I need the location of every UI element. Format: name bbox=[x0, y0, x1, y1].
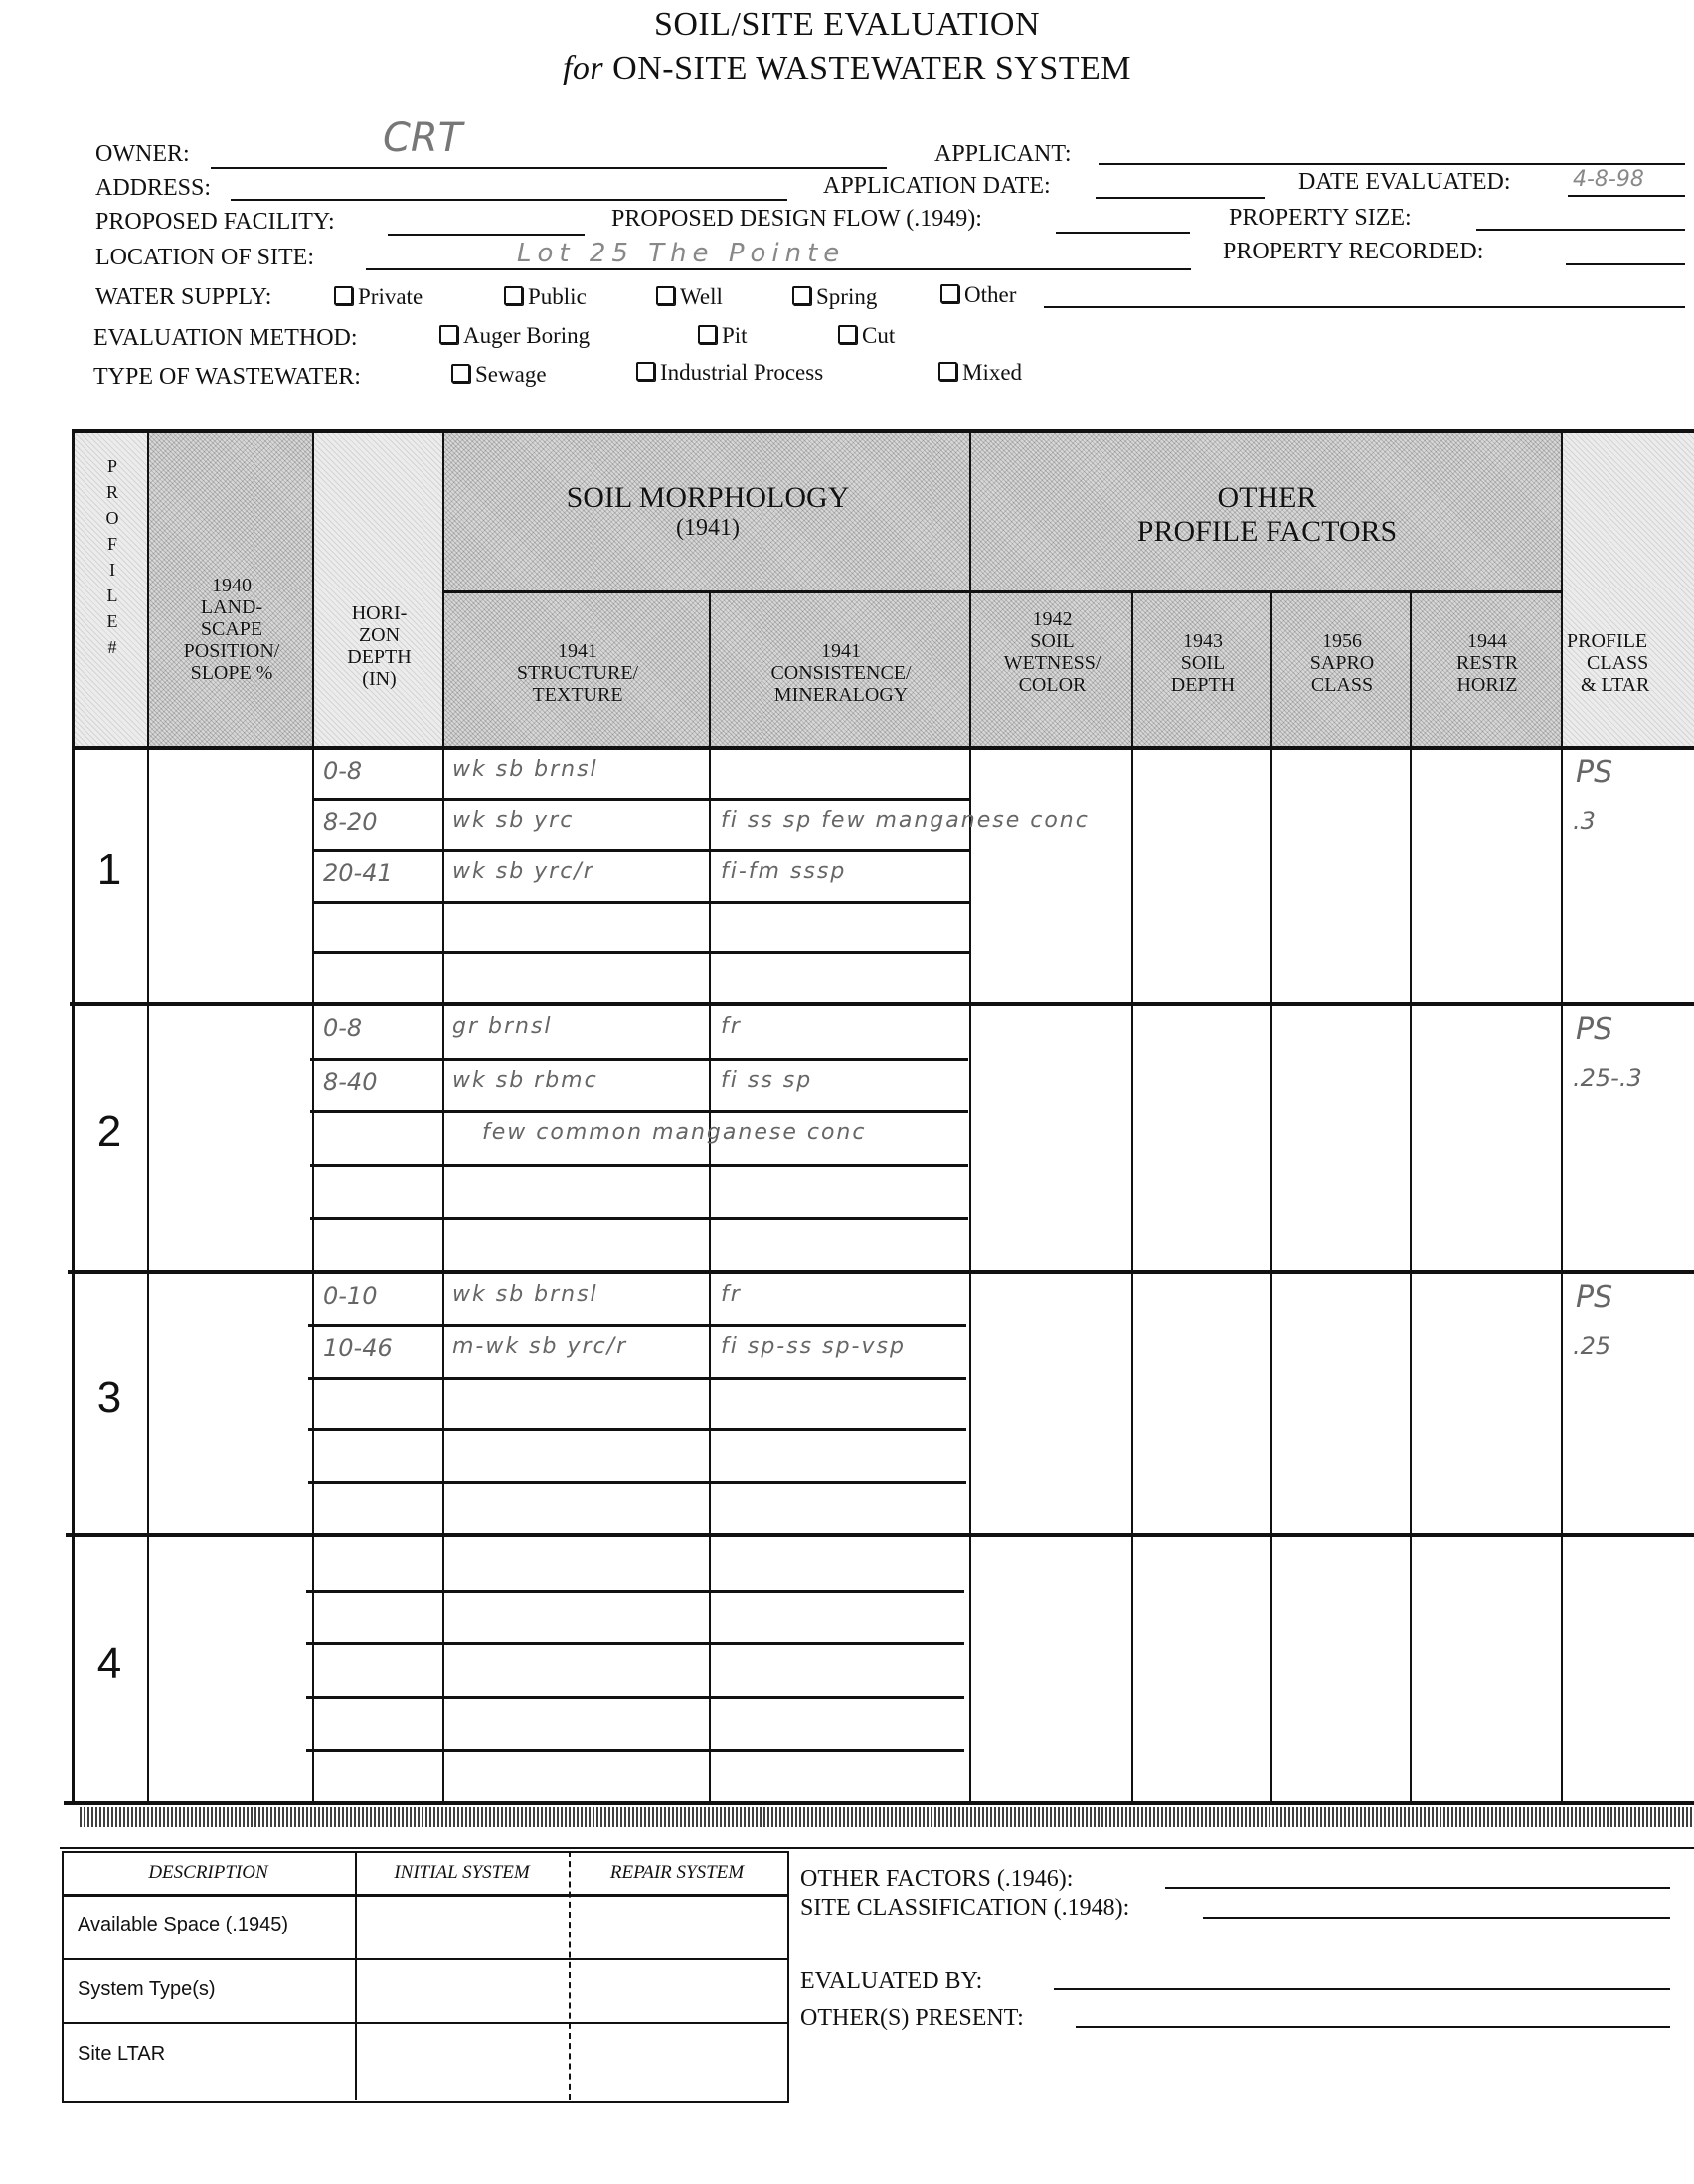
form-title: SOIL/SITE EVALUATION bbox=[0, 6, 1694, 44]
checkbox-icon[interactable] bbox=[940, 284, 959, 303]
option-label: Cut bbox=[862, 323, 895, 348]
landscape-position-cell[interactable] bbox=[149, 1004, 312, 1270]
evaluated-by-label: EVALUATED BY: bbox=[800, 1968, 982, 1995]
consistence-mineralogy-value[interactable]: fi sp-ss sp-vsp bbox=[721, 1334, 906, 1359]
horizon-row-divider bbox=[310, 1058, 968, 1061]
profile-number: 2 bbox=[89, 1107, 129, 1157]
col-divider bbox=[709, 590, 711, 1805]
applicant-label: APPLICANT: bbox=[934, 141, 1071, 168]
soil-wetness-cell[interactable] bbox=[971, 748, 1131, 1002]
horizon-depth-value[interactable]: 0-10 bbox=[323, 1282, 377, 1310]
owner-value[interactable]: CRT bbox=[383, 115, 462, 161]
horizon-row-divider bbox=[306, 1590, 964, 1593]
soil-wetness-cell[interactable] bbox=[971, 1004, 1131, 1270]
table-left-border bbox=[72, 429, 75, 1805]
eval-auger-boring[interactable]: Auger Boring bbox=[439, 323, 590, 349]
property-size-label: PROPERTY SIZE: bbox=[1229, 205, 1412, 232]
system-types-initial-cell[interactable] bbox=[358, 1961, 567, 2021]
header-restrictive-horizon: 1944RESTRHORIZ bbox=[1412, 630, 1563, 696]
sapro-class-cell[interactable] bbox=[1272, 1272, 1410, 1533]
horizon-row-divider bbox=[310, 1164, 968, 1167]
header-profile-vertical: PROFILE# bbox=[97, 453, 127, 660]
profile-class-value[interactable]: PS bbox=[1576, 1280, 1612, 1315]
horizon-depth-value[interactable]: 0-8 bbox=[323, 1014, 362, 1042]
structure-texture-value[interactable]: wk sb yrc bbox=[452, 808, 574, 833]
header-soil-morphology: SOIL MORPHOLOGY(1941) bbox=[444, 481, 971, 541]
col-divider bbox=[1561, 429, 1563, 1805]
ltar-value[interactable]: .3 bbox=[1573, 807, 1596, 835]
others-present-field[interactable] bbox=[1076, 2026, 1670, 2028]
system-table-row-divider bbox=[62, 1958, 787, 1960]
proposed-facility-label: PROPOSED FACILITY: bbox=[95, 209, 335, 236]
option-label: Private bbox=[358, 284, 423, 309]
system-table-col-divider bbox=[569, 1851, 571, 2100]
ltar-value[interactable]: .25-.3 bbox=[1573, 1064, 1642, 1092]
sapro-class-cell[interactable] bbox=[1272, 748, 1410, 1002]
sapro-class-cell[interactable] bbox=[1272, 1004, 1410, 1270]
structure-texture-value[interactable]: wk sb brnsl bbox=[452, 757, 598, 782]
header-consistence-mineralogy: 1941CONSISTENCE/MINERALOGY bbox=[711, 640, 971, 706]
horizon-row-divider bbox=[312, 901, 970, 904]
col-divider bbox=[312, 429, 314, 1805]
option-label: Well bbox=[680, 284, 723, 309]
system-types-repair-cell[interactable] bbox=[572, 1961, 783, 2021]
checkbox-icon[interactable] bbox=[698, 325, 717, 344]
location-label: LOCATION OF SITE: bbox=[95, 245, 314, 271]
horizon-depth-value[interactable]: 0-8 bbox=[323, 757, 362, 785]
water-supply-well[interactable]: Well bbox=[656, 284, 723, 310]
profile-number: 4 bbox=[89, 1639, 129, 1689]
table-top-border bbox=[74, 429, 1694, 433]
option-label: Sewage bbox=[475, 362, 547, 387]
address-label: ADDRESS: bbox=[95, 175, 211, 202]
property-recorded-label: PROPERTY RECORDED: bbox=[1223, 239, 1483, 265]
evaluated-by-field[interactable] bbox=[1054, 1988, 1670, 1990]
option-label: Spring bbox=[816, 284, 877, 309]
sapro-class-cell[interactable] bbox=[1272, 1537, 1410, 1801]
ltar-value[interactable]: .25 bbox=[1573, 1332, 1610, 1360]
horizon-row-divider bbox=[310, 1110, 968, 1113]
structure-texture-value[interactable]: gr brnsl bbox=[452, 1014, 553, 1039]
header-divider bbox=[444, 590, 1563, 593]
consistence-mineralogy-value[interactable]: fr bbox=[721, 1014, 742, 1039]
horizon-depth-value[interactable]: 8-20 bbox=[323, 808, 377, 836]
soil-depth-cell[interactable] bbox=[1133, 1537, 1270, 1801]
application-date-field[interactable] bbox=[1096, 197, 1265, 199]
horizon-row-divider bbox=[308, 1377, 966, 1380]
system-table-col-divider bbox=[355, 1851, 357, 2100]
water-supply-other[interactable]: Other bbox=[940, 282, 1016, 308]
horizon-row-divider bbox=[312, 798, 970, 801]
structure-texture-value[interactable]: few common manganese conc bbox=[482, 1120, 866, 1145]
restrictive-horizon-cell[interactable] bbox=[1412, 748, 1561, 1002]
header-landscape: 1940LAND-SCAPEPOSITION/SLOPE % bbox=[149, 575, 314, 684]
option-label: Public bbox=[528, 284, 587, 309]
applicant-field[interactable] bbox=[1099, 163, 1685, 165]
property-recorded-field[interactable] bbox=[1566, 263, 1685, 265]
profile-4-bottom bbox=[64, 1801, 1694, 1805]
water-supply-public[interactable]: Public bbox=[504, 284, 587, 310]
available-space-initial-cell[interactable] bbox=[358, 1897, 567, 1956]
date-evaluated-value[interactable]: 4-8-98 bbox=[1573, 167, 1644, 192]
horizon-depth-value[interactable]: 10-46 bbox=[323, 1334, 393, 1362]
checkbox-icon[interactable] bbox=[838, 325, 857, 344]
checkbox-icon[interactable] bbox=[451, 364, 470, 383]
header-soil-wetness: 1942SOILWETNESS/COLOR bbox=[971, 608, 1133, 696]
horizon-row-divider bbox=[312, 951, 970, 954]
system-row-system-types: System Type(s) bbox=[78, 1978, 216, 2001]
restrictive-horizon-cell[interactable] bbox=[1412, 1004, 1561, 1270]
system-header-initial: INITIAL SYSTEM bbox=[355, 1862, 569, 1884]
wastewater-industrial[interactable]: Industrial Process bbox=[636, 360, 823, 386]
horizon-row-divider bbox=[308, 1324, 966, 1327]
design-flow-field[interactable] bbox=[1056, 232, 1190, 234]
header-other-profile-factors: OTHERPROFILE FACTORS bbox=[971, 481, 1563, 549]
available-space-repair-cell[interactable] bbox=[572, 1897, 783, 1956]
option-label: Other bbox=[964, 282, 1016, 307]
profile-class-value[interactable]: PS bbox=[1576, 756, 1612, 790]
location-field-line[interactable] bbox=[366, 268, 1191, 270]
header-soil-depth: 1943SOILDEPTH bbox=[1133, 630, 1272, 696]
consistence-mineralogy-value[interactable]: fr bbox=[721, 1282, 742, 1307]
option-label: Pit bbox=[722, 323, 748, 348]
water-supply-private[interactable]: Private bbox=[334, 284, 423, 310]
eval-cut[interactable]: Cut bbox=[838, 323, 895, 349]
soil-depth-cell[interactable] bbox=[1133, 1004, 1270, 1270]
wastewater-type-label: TYPE OF WASTEWATER: bbox=[93, 364, 361, 391]
other-factors-label: OTHER FACTORS (.1946): bbox=[800, 1866, 1073, 1893]
form-subtitle-text: ON-SITE WASTEWATER SYSTEM bbox=[612, 50, 1131, 86]
water-supply-other-field[interactable] bbox=[1044, 306, 1685, 308]
site-ltar-repair-cell[interactable] bbox=[572, 2025, 783, 2097]
horizon-row-divider bbox=[312, 849, 970, 852]
date-evaluated-field-line[interactable] bbox=[1568, 195, 1685, 197]
structure-texture-value[interactable]: wk sb rbmc bbox=[452, 1068, 598, 1092]
landscape-position-cell[interactable] bbox=[149, 1537, 312, 1801]
wastewater-sewage[interactable]: Sewage bbox=[451, 362, 547, 388]
wastewater-mixed[interactable]: Mixed bbox=[938, 360, 1022, 386]
others-present-label: OTHER(S) PRESENT: bbox=[800, 2005, 1024, 2032]
option-label: Industrial Process bbox=[660, 360, 823, 385]
header-profile-class-cell bbox=[1563, 433, 1694, 748]
horizon-depth-value[interactable]: 8-40 bbox=[323, 1068, 377, 1095]
system-header-description: DESCRIPTION bbox=[62, 1862, 355, 1884]
profile-class-value[interactable]: PS bbox=[1576, 1012, 1612, 1047]
system-row-site-ltar: Site LTAR bbox=[78, 2043, 165, 2066]
option-label: Auger Boring bbox=[463, 323, 590, 348]
checkbox-icon[interactable] bbox=[439, 325, 458, 344]
soil-depth-cell[interactable] bbox=[1133, 748, 1270, 1002]
checkbox-icon[interactable] bbox=[504, 286, 523, 305]
owner-label: OWNER: bbox=[95, 141, 190, 168]
evaluation-method-label: EVALUATION METHOD: bbox=[93, 325, 358, 352]
horizon-row-divider bbox=[306, 1749, 964, 1752]
owner-field-line[interactable] bbox=[211, 167, 887, 169]
address-field[interactable] bbox=[231, 199, 787, 201]
checkbox-icon[interactable] bbox=[334, 286, 353, 305]
horizon-row-divider bbox=[308, 1428, 966, 1431]
structure-texture-value[interactable]: m-wk sb yrc/r bbox=[452, 1334, 627, 1359]
system-table-row-divider bbox=[62, 2022, 787, 2024]
header-depth-cell bbox=[314, 433, 444, 748]
structure-texture-value[interactable]: wk sb yrc/r bbox=[452, 859, 594, 884]
option-label: Mixed bbox=[962, 360, 1022, 385]
site-classification-field[interactable] bbox=[1203, 1917, 1670, 1919]
form-subtitle-prefix: for bbox=[563, 50, 603, 86]
landscape-position-cell[interactable] bbox=[149, 748, 312, 1002]
horizon-row-divider bbox=[306, 1696, 964, 1699]
separator-line bbox=[60, 1847, 1694, 1849]
horizon-row-divider bbox=[308, 1481, 966, 1484]
checkbox-icon[interactable] bbox=[792, 286, 811, 305]
system-header-repair: REPAIR SYSTEM bbox=[569, 1862, 785, 1884]
location-value[interactable]: Lot 25 The Pointe bbox=[517, 239, 845, 268]
col-divider bbox=[442, 429, 444, 1805]
horizon-row-divider bbox=[306, 1642, 964, 1645]
water-supply-label: WATER SUPPLY: bbox=[95, 284, 271, 311]
checkbox-icon[interactable] bbox=[656, 286, 675, 305]
restrictive-horizon-cell[interactable] bbox=[1412, 1537, 1561, 1801]
profile-number: 3 bbox=[89, 1373, 129, 1423]
consistence-mineralogy-value[interactable]: fi-fm sssp bbox=[721, 859, 846, 884]
date-evaluated-label: DATE EVALUATED: bbox=[1298, 169, 1511, 196]
consistence-mineralogy-value[interactable]: fi ss sp bbox=[721, 1068, 812, 1092]
property-size-field[interactable] bbox=[1476, 229, 1685, 231]
site-classification-label: SITE CLASSIFICATION (.1948): bbox=[800, 1895, 1129, 1922]
other-factors-field[interactable] bbox=[1165, 1887, 1670, 1889]
soil-wetness-cell[interactable] bbox=[971, 1537, 1131, 1801]
design-flow-label: PROPOSED DESIGN FLOW (.1949): bbox=[611, 206, 982, 233]
eval-pit[interactable]: Pit bbox=[698, 323, 748, 349]
restrictive-horizon-cell[interactable] bbox=[1412, 1272, 1561, 1533]
profile-number: 1 bbox=[89, 845, 129, 895]
water-supply-spring[interactable]: Spring bbox=[792, 284, 877, 310]
form-subtitle: for ON-SITE WASTEWATER SYSTEM bbox=[0, 50, 1694, 87]
header-sapro-class: 1956SAPROCLASS bbox=[1272, 630, 1412, 696]
checkbox-icon[interactable] bbox=[636, 362, 655, 381]
horizon-depth-value[interactable]: 20-41 bbox=[323, 859, 393, 887]
scan-noise-band bbox=[80, 1807, 1694, 1827]
header-horizon-depth: HORI-ZONDEPTH(IN) bbox=[314, 602, 444, 690]
header-structure-texture: 1941STRUCTURE/TEXTURE bbox=[444, 640, 711, 706]
checkbox-icon[interactable] bbox=[938, 362, 957, 381]
system-row-available-space: Available Space (.1945) bbox=[78, 1914, 288, 1936]
landscape-position-cell[interactable] bbox=[149, 1272, 312, 1533]
structure-texture-value[interactable]: wk sb brnsl bbox=[452, 1282, 598, 1307]
application-date-label: APPLICATION DATE: bbox=[823, 173, 1051, 200]
proposed-facility-field[interactable] bbox=[388, 234, 585, 236]
header-profile-class-ltar: PROFILECLASS& LTAR bbox=[1567, 630, 1694, 696]
horizon-row-divider bbox=[310, 1217, 968, 1220]
soil-depth-cell[interactable] bbox=[1133, 1272, 1270, 1533]
soil-wetness-cell[interactable] bbox=[971, 1272, 1131, 1533]
site-ltar-initial-cell[interactable] bbox=[358, 2025, 567, 2097]
